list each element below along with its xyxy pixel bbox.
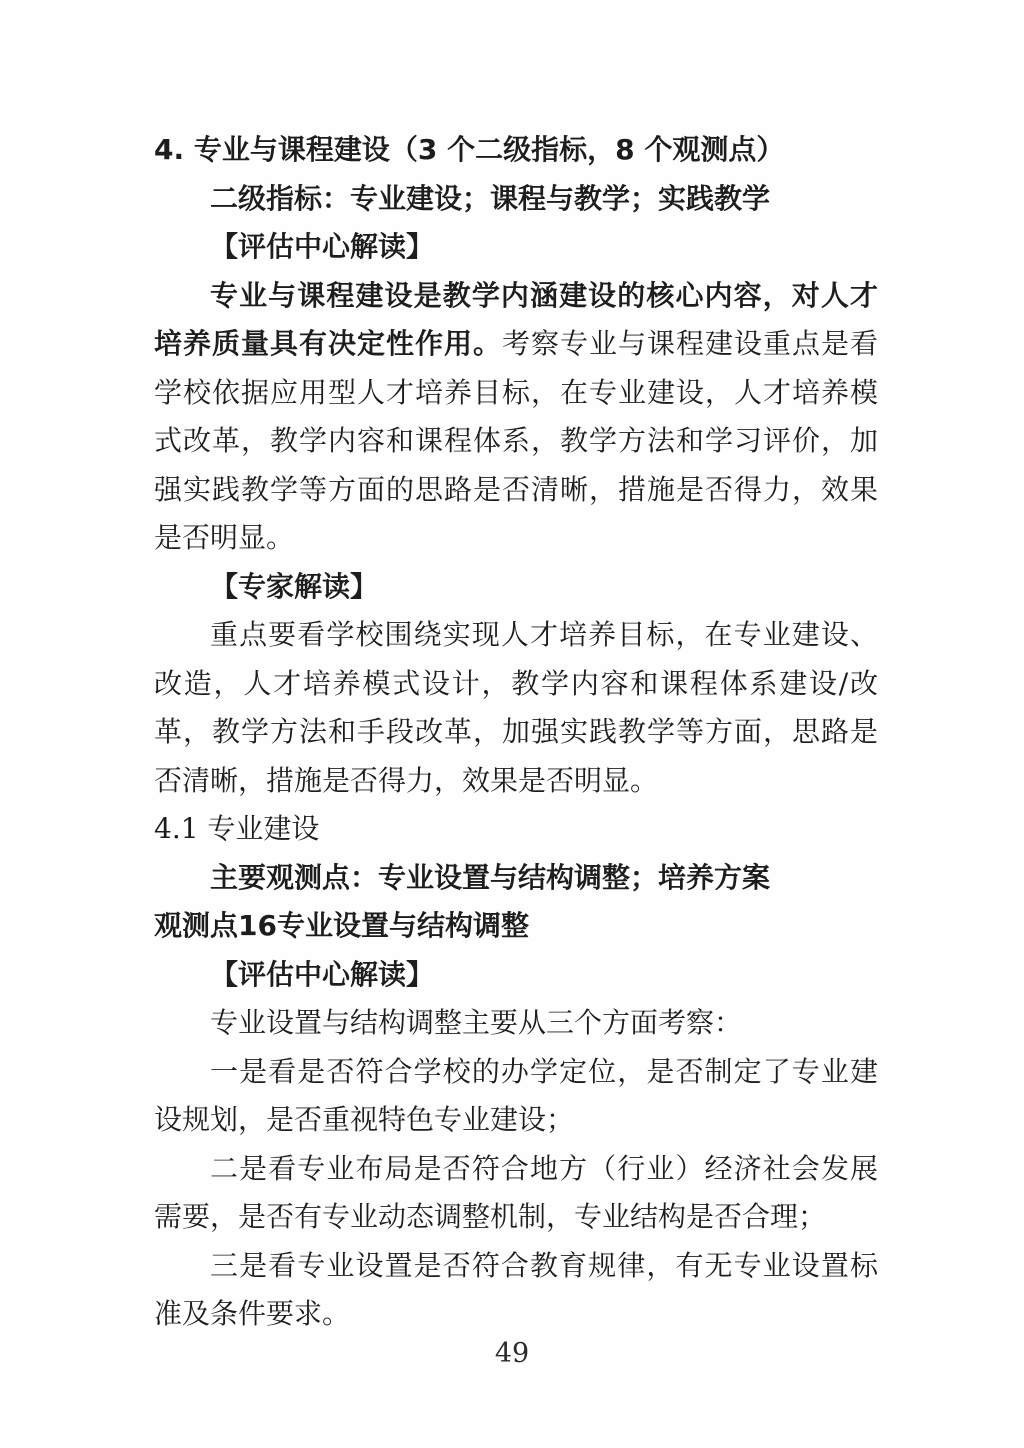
page-number: 49 [0, 1338, 1024, 1369]
observation-point-16-heading: 观测点16专业设置与结构调整 [154, 902, 878, 951]
secondary-indicators-line: 二级指标：专业建设；课程与教学；实践教学 [154, 175, 878, 224]
aspect-two-paragraph: 二是看专业布局是否符合地方（行业）经济社会发展需要，是否有专业动态调整机制，专业… [154, 1145, 878, 1242]
text-block: 4. 专业与课程建设（3 个二级指标，8 个观测点） 二级指标：专业建设；课程与… [154, 126, 878, 1339]
label-assessment-center-interpretation-1: 【评估中心解读】 [154, 223, 878, 272]
main-observation-points-line: 主要观测点：专业设置与结构调整；培养方案 [154, 854, 878, 903]
label-expert-interpretation: 【专家解读】 [154, 563, 878, 612]
aspect-one-paragraph: 一是看是否符合学校的办学定位，是否制定了专业建设规划，是否重视特色专业建设； [154, 1048, 878, 1145]
section-heading: 4. 专业与课程建设（3 个二级指标，8 个观测点） [154, 126, 878, 175]
subsection-heading: 4.1 专业建设 [154, 805, 878, 854]
assessment-center-paragraph: 专业与课程建设是教学内涵建设的核心内容，对人才培养质量具有决定性作用。考察专业与… [154, 272, 878, 563]
label-assessment-center-interpretation-2: 【评估中心解读】 [154, 951, 878, 1000]
aspect-three-paragraph: 三是看专业设置是否符合教育规律，有无专业设置标准及条件要求。 [154, 1242, 878, 1339]
document-page: 4. 专业与课程建设（3 个二级指标，8 个观测点） 二级指标：专业建设；课程与… [0, 0, 1024, 1448]
three-aspects-intro: 专业设置与结构调整主要从三个方面考察： [154, 999, 878, 1048]
assessment-center-paragraph-rest: 考察专业与课程建设重点是看学校依据应用型人才培养目标，在专业建设，人才培养模式改… [154, 327, 878, 554]
expert-interpretation-paragraph: 重点要看学校围绕实现人才培养目标，在专业建设、改造，人才培养模式设计，教学内容和… [154, 611, 878, 805]
